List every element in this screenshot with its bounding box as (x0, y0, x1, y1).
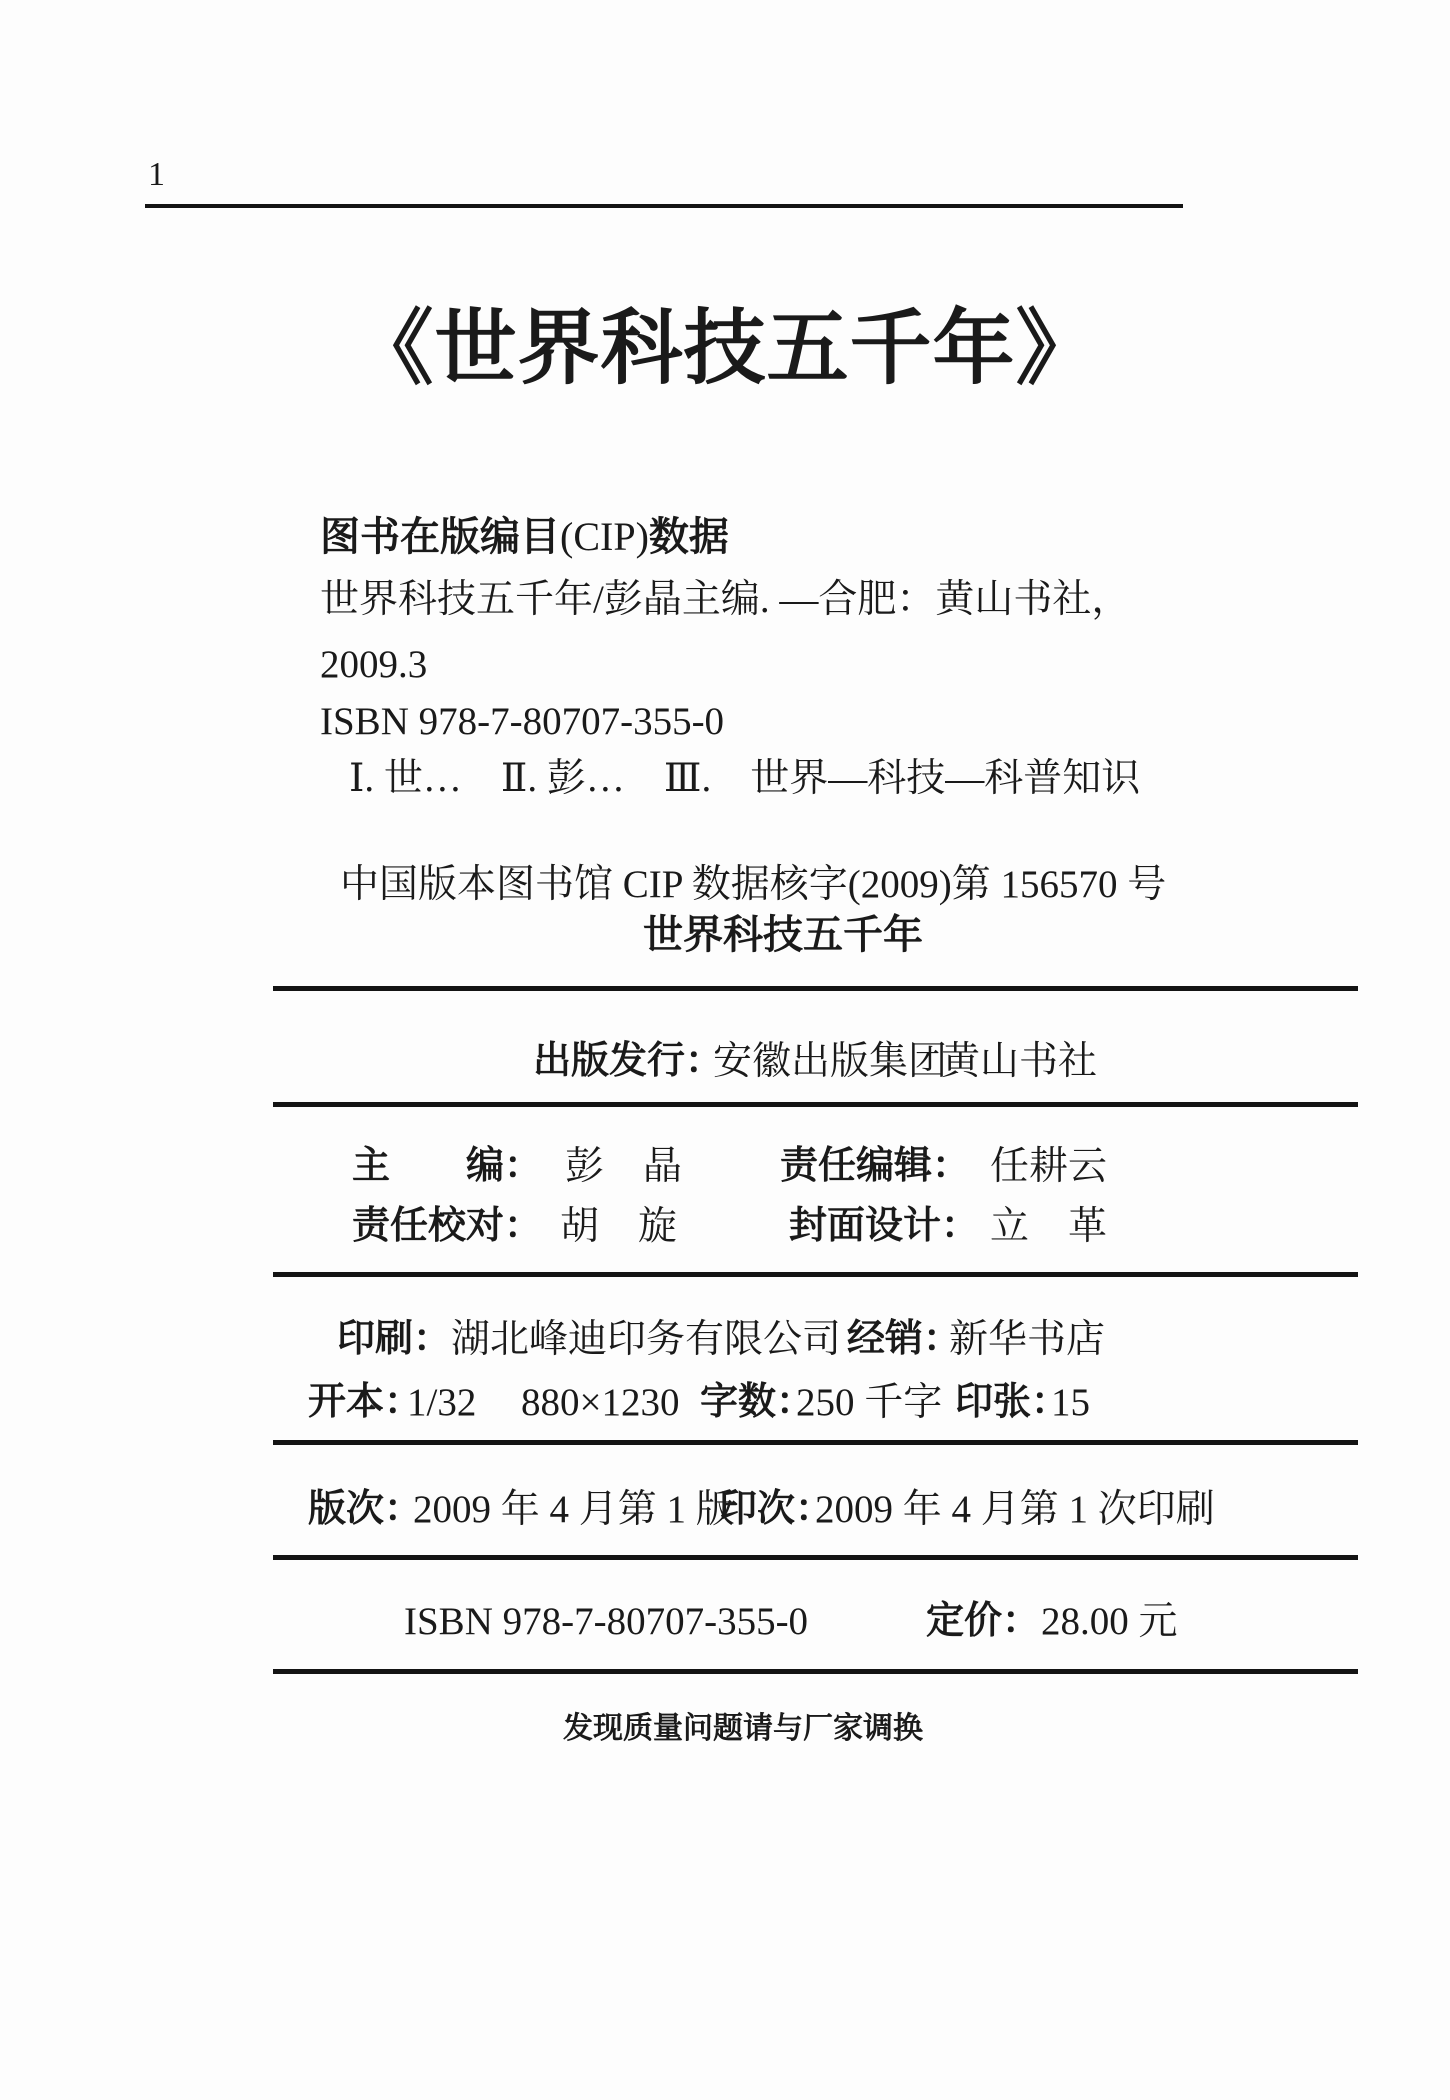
cip-isbn-line: ISBN 978-7-80707-355-0 (320, 700, 724, 745)
publisher-group: 安徽出版集团 (713, 1040, 947, 1085)
cip-heading-post: 数据 (649, 515, 729, 559)
sheet-size-value: 880×1230 (521, 1381, 680, 1426)
price-label: 定价： (926, 1600, 1040, 1644)
edition-label: 版次： (308, 1488, 422, 1532)
printer-name: 湖北峰迪印务有限公司 (451, 1318, 841, 1363)
duty-editor-name: 任耕云 (990, 1145, 1107, 1190)
cip-heading: 图书在版编目(CIP)数据 (320, 514, 729, 560)
word-count-value: 250 千字 (796, 1381, 942, 1426)
duty-editor-label: 责任编辑： (780, 1145, 970, 1189)
format-value: 1/32 (407, 1381, 476, 1426)
cip-year-line: 2009.3 (320, 643, 427, 688)
cip-registry-note: 中国版本图书馆 CIP 数据核字(2009)第 156570 号 (340, 863, 1166, 908)
cover-designer-name: 立 革 (990, 1205, 1107, 1250)
section-rule-1 (273, 986, 1358, 991)
copyright-page: 1 《世界科技五千年》 图书在版编目(CIP)数据 世界科技五千年/彭晶主编. … (0, 0, 1450, 2100)
cip-bibliographic-line: 世界科技五千年/彭晶主编. —合肥：黄山书社， (320, 578, 1130, 623)
format-label: 开本： (308, 1381, 422, 1425)
chief-editor-name: 彭 晶 (565, 1145, 682, 1190)
section-rule-3 (273, 1272, 1358, 1277)
section-rule-2 (273, 1102, 1358, 1107)
book-title: 《世界科技五千年》 (0, 283, 1450, 400)
publisher-label: 出版发行： (533, 1040, 723, 1084)
print-sheets-value: 15 (1051, 1381, 1090, 1426)
header-rule (145, 204, 1183, 208)
cip-heading-pre: 图书在版编目 (320, 515, 560, 559)
publisher-house: 黄山书社 (941, 1040, 1097, 1085)
proofreader-name: 胡 旋 (560, 1205, 677, 1250)
section-rule-6 (273, 1669, 1358, 1674)
price-value: 28.00 元 (1041, 1600, 1178, 1645)
printer-label: 印刷： (337, 1318, 451, 1362)
impression-value: 2009 年 4 月第 1 次印刷 (815, 1488, 1215, 1533)
cip-heading-paren: (CIP) (560, 514, 649, 559)
cip-classification-line: Ⅰ. 世… Ⅱ. 彭… Ⅲ. 世界—科技—科普知识 (349, 757, 1140, 802)
section-rule-4 (273, 1440, 1358, 1445)
proofreader-label: 责任校对： (352, 1205, 542, 1249)
quality-note: 发现质量问题请与厂家调换 (563, 1712, 923, 1747)
distributor-label: 经销： (847, 1318, 961, 1362)
isbn-value: ISBN 978-7-80707-355-0 (404, 1600, 808, 1645)
distributor-name: 新华书店 (949, 1318, 1105, 1363)
section-rule-5 (273, 1555, 1358, 1560)
page-number: 1 (148, 155, 165, 194)
inner-title: 世界科技五千年 (643, 912, 923, 958)
cover-design-label: 封面设计： (789, 1205, 979, 1249)
edition-value: 2009 年 4 月第 1 版 (413, 1488, 735, 1533)
chief-editor-label: 主 编： (352, 1145, 542, 1189)
